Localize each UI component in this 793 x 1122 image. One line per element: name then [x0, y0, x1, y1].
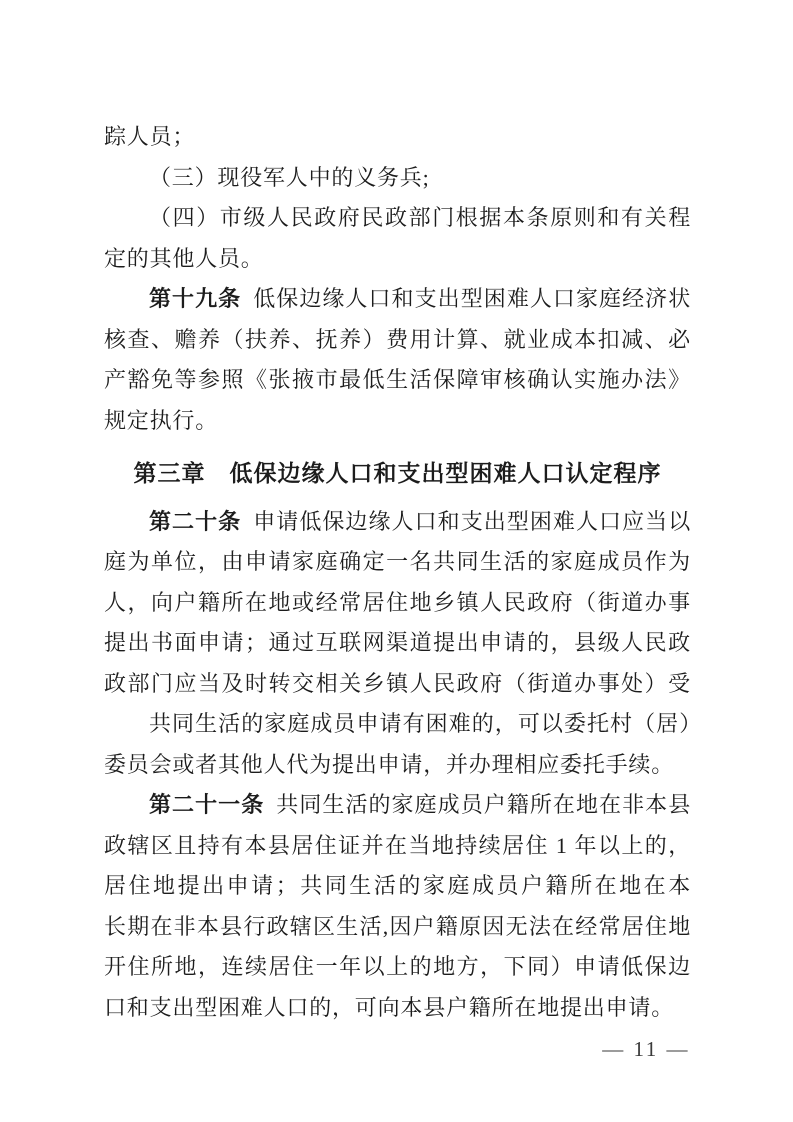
- text-line: 提出书面申请；通过互联网渠道提出申请的，县级人民政府民: [104, 623, 691, 664]
- article-20-line: 第二十条申请低保边缘人口和支出型困难人口应当以家: [104, 502, 691, 543]
- article-number-19: 第十九条: [149, 286, 253, 311]
- document-page: 踪人员； （三）现役军人中的义务兵; （四）市级人民政府民政部门根据本条原则和有…: [0, 0, 793, 1122]
- text-line: 核查、赡养（扶养、抚养）费用计算、就业成本扣减、必需财: [104, 320, 691, 361]
- text-line: 开住所地，连续居住一年以上的地方，下同）申请低保边缘人: [104, 947, 691, 988]
- text-line: 居住地提出申请；共同生活的家庭成员户籍所在地在本县，但: [104, 866, 691, 907]
- text-line: 踪人员；: [104, 117, 691, 158]
- chapter-number: 第三章: [134, 460, 206, 486]
- text-line: 口和支出型困难人口的，可向本县户籍所在地提出申请。: [104, 988, 691, 1029]
- text-line-item-4: （四）市级人民政府民政部门根据本条原则和有关程序认: [104, 198, 691, 239]
- text-line: 产豁免等参照《张掖市最低生活保障审核确认实施办法》有关: [104, 360, 691, 401]
- text-line: 人，向户籍所在地或经常居住地乡镇人民政府（街道办事处）: [104, 583, 691, 624]
- article-19-line: 第十九条低保边缘人口和支出型困难人口家庭经济状况: [104, 279, 691, 320]
- text-line: 规定执行。: [104, 401, 691, 442]
- text-line: 政部门应当及时转交相关乡镇人民政府（街道办事处）受理。: [104, 664, 691, 705]
- chapter-heading: 第三章低保边缘人口和支出型困难人口认定程序: [104, 453, 691, 494]
- text-line: 庭为单位，由申请家庭确定一名共同生活的家庭成员作为申请: [104, 542, 691, 583]
- text-line: 定的其他人员。: [104, 239, 691, 280]
- text-line-item-3: （三）现役军人中的义务兵;: [104, 158, 691, 199]
- page-number: — 11 —: [602, 1037, 690, 1062]
- text-line: 委员会或者其他人代为提出申请，并办理相应委托手续。: [104, 745, 691, 786]
- document-text-block: 踪人员； （三）现役军人中的义务兵; （四）市级人民政府民政部门根据本条原则和有…: [104, 117, 691, 1028]
- article-number-20: 第二十条: [149, 509, 253, 534]
- article-21-line: 第二十一条共同生活的家庭成员户籍所在地在非本县行: [104, 785, 691, 826]
- text-line: 长期在非本县行政辖区生活,因户籍原因无法在经常居住地(离: [104, 907, 691, 948]
- text-line: 共同生活的家庭成员申请有困难的，可以委托村（居）民: [104, 704, 691, 745]
- chapter-title: 低保边缘人口和支出型困难人口认定程序: [230, 460, 662, 486]
- article-number-21: 第二十一条: [149, 792, 276, 817]
- text-line: 政辖区且持有本县居住证并在当地持续居住 1 年以上的，可向: [104, 826, 691, 867]
